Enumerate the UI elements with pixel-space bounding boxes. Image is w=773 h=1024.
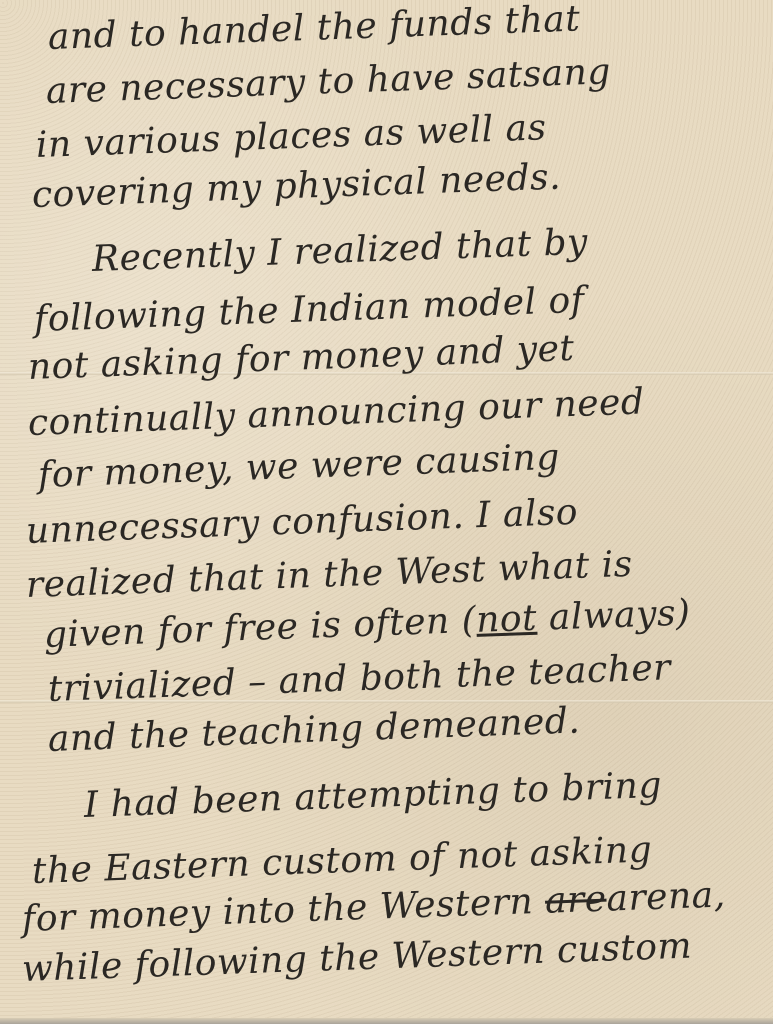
handwritten-line: given for free is often (not always) (43, 593, 691, 656)
handwritten-line: not asking for money and yet (27, 329, 575, 388)
underlined-word: not (475, 598, 537, 641)
handwritten-line: unnecessary confusion. I also (25, 493, 578, 552)
letter-page: and to handel the funds that are necessa… (0, 0, 773, 1024)
handwritten-line: for money, we were causing (37, 438, 560, 496)
line-text: given for free is often ( (43, 600, 477, 656)
handwritten-line: covering my physical needs. (31, 158, 561, 216)
handwritten-line: continually announcing our need (27, 382, 645, 443)
handwritten-line: Recently I realized that by (91, 223, 588, 280)
line-text: always) (536, 592, 691, 638)
handwritten-line: in various places as well as (35, 108, 547, 166)
handwritten-line: and the teaching demeaned. (47, 701, 581, 760)
handwritten-line: are necessary to have satsang (45, 52, 611, 112)
handwritten-line: and to handel the funds that (47, 0, 581, 58)
line-text: arena, (606, 874, 726, 919)
handwritten-line: I had been attempting to bring (83, 766, 662, 826)
struck-word: are (544, 879, 607, 922)
paper-bottom-edge (0, 1018, 773, 1024)
